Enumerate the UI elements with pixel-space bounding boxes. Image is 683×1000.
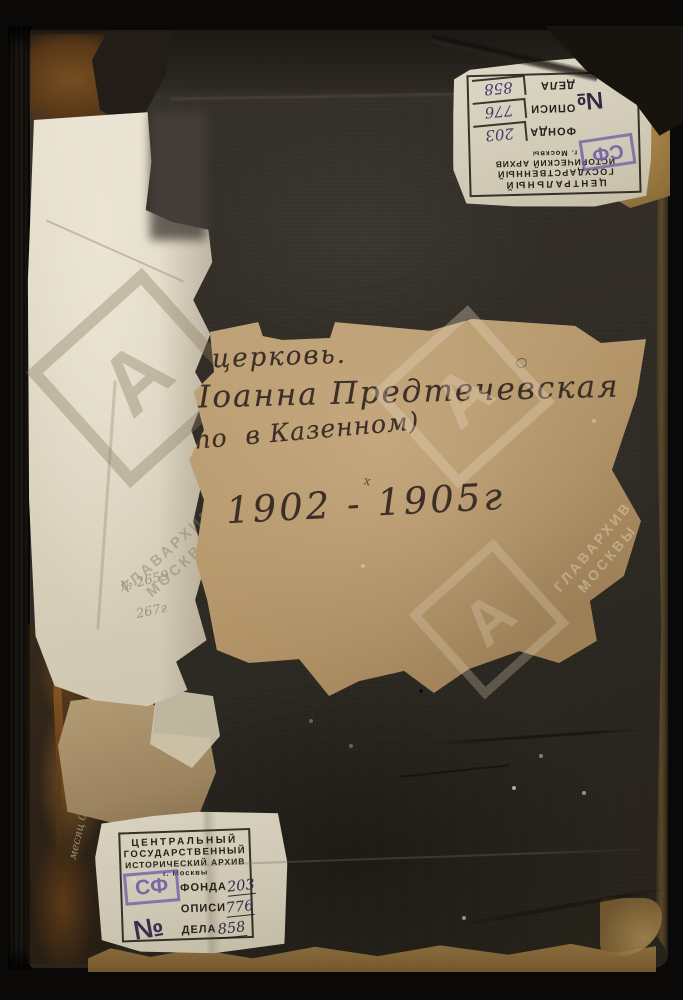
sf-purple-stamp: СФ bbox=[123, 869, 181, 906]
stamp-row-value: 203 bbox=[226, 877, 255, 897]
stamp-rows: ФОНДА 203 ОПИСИ 776 ДЕЛА 858 bbox=[180, 874, 247, 939]
stamp-row-value: 776 bbox=[225, 898, 254, 918]
ink-circle-mark bbox=[515, 356, 529, 369]
dust-specks bbox=[0, 0, 2, 2]
bottom-archive-stamp-label: ЦЕНТРАЛЬНЫЙ ГОСУДАРСТВЕННЫЙ ИСТОРИЧЕСКИЙ… bbox=[94, 809, 291, 958]
stamp-row-fond: ФОНДА 203 bbox=[474, 121, 577, 147]
stamp-row-value: 203 bbox=[473, 121, 528, 146]
stamp-row-delo: ДЕЛА 858 bbox=[181, 916, 247, 939]
stamp-row-opis: ОПИСИ 776 bbox=[180, 895, 246, 918]
stamp-frame: ЦЕНТРАЛЬНЫЙ ГОСУДАРСТВЕННЫЙ ИСТОРИЧЕСКИЙ… bbox=[118, 828, 254, 943]
stamp-row-value: 858 bbox=[216, 919, 248, 939]
stamp-row-label: ДЕЛА bbox=[181, 923, 216, 939]
stamp-row-label: ФОНДА bbox=[180, 881, 227, 898]
stamp-row-value: 776 bbox=[473, 98, 528, 123]
stamp-number-sign: № bbox=[131, 911, 166, 947]
book-cover-photo: А ГЛАВАРХИВ МОСКВЫ церковь. Іоанна Предт… bbox=[0, 0, 683, 1000]
stamp-row-label: ОПИСИ bbox=[181, 902, 227, 919]
stamp-row-fond: ФОНДА 203 bbox=[180, 874, 246, 897]
stamp-row-label: ОПИСИ bbox=[526, 98, 575, 114]
stamp-row-label: ФОНДА bbox=[527, 121, 576, 137]
cover-shadow-patch bbox=[150, 112, 206, 240]
title-line-church: церковь. bbox=[212, 340, 348, 375]
title-label: церковь. Іоанна Предтечевская по в Казен… bbox=[186, 316, 646, 696]
